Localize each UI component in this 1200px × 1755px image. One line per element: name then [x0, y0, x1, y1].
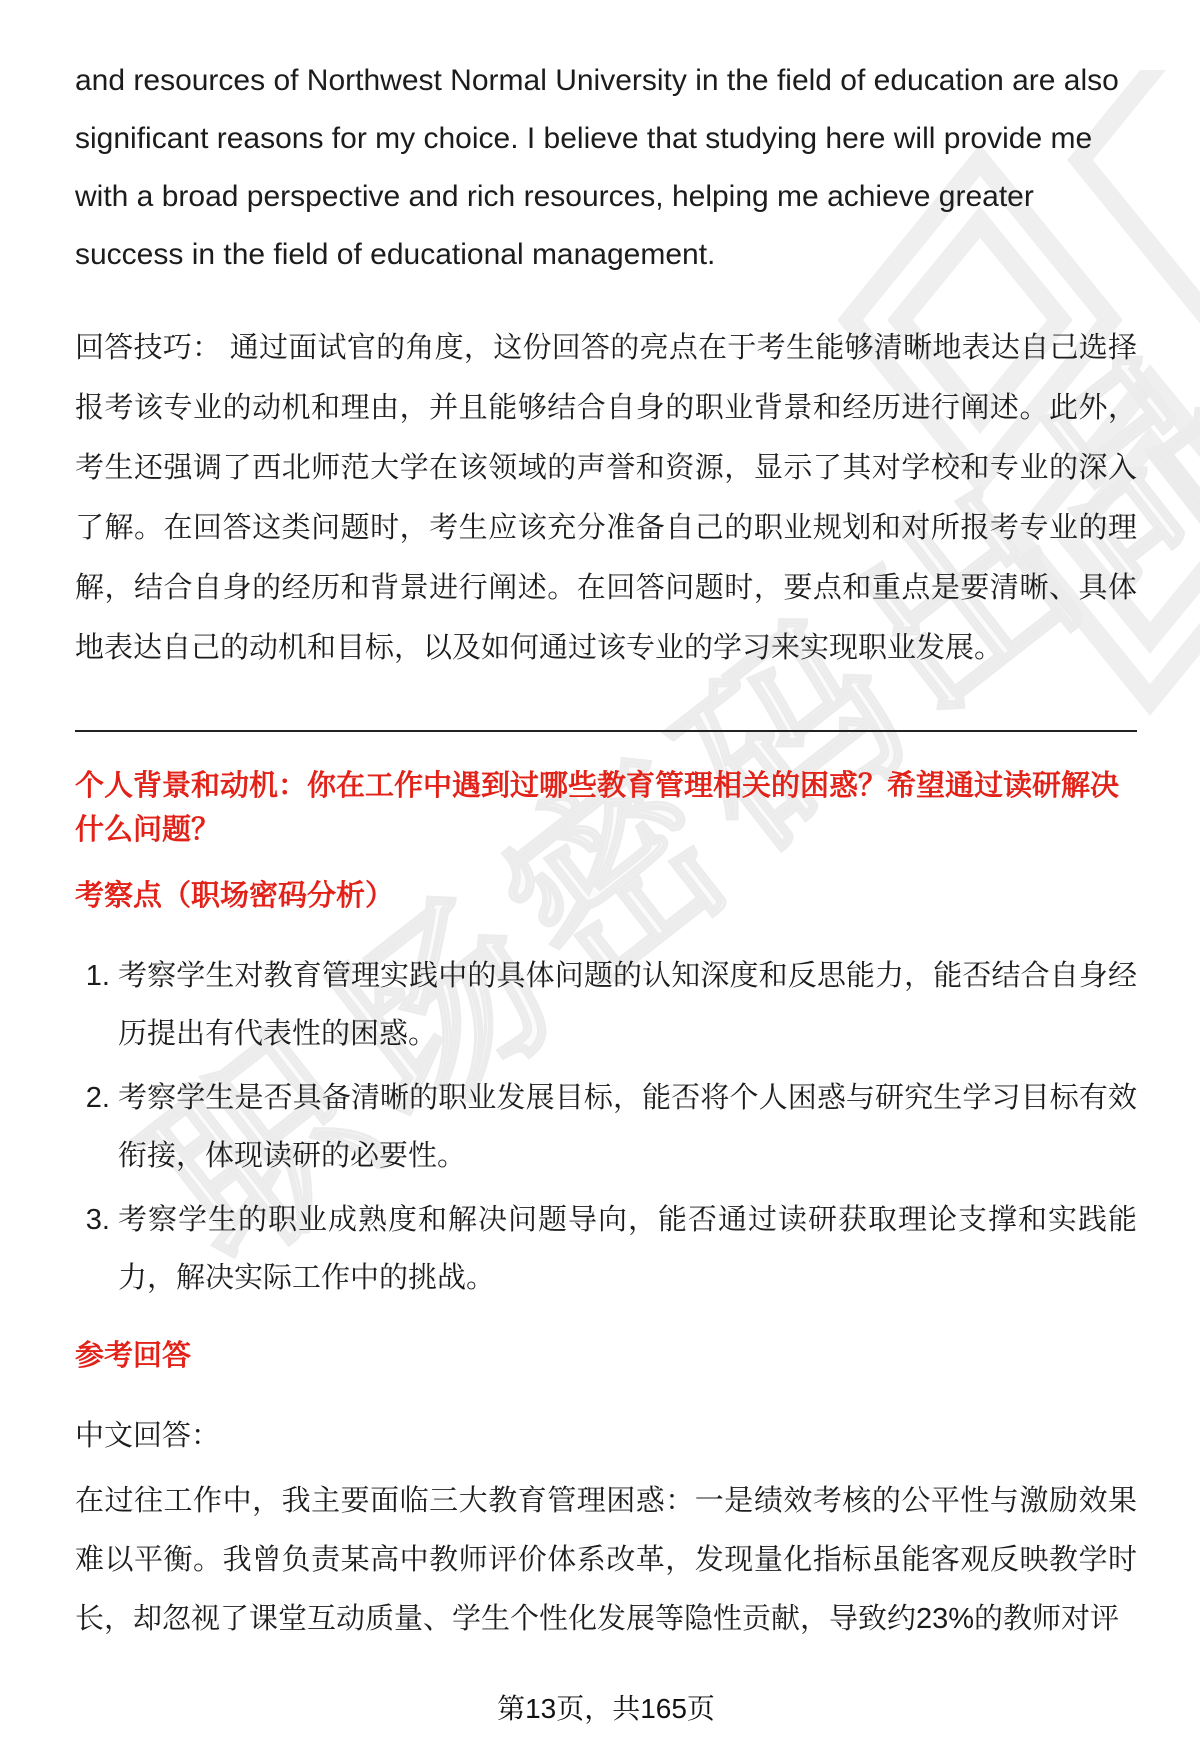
- page-content: and resources of Northwest Normal Univer…: [0, 0, 1200, 1724]
- section-divider: [75, 730, 1137, 732]
- answer-tips-paragraph: 回答技巧： 通过面试官的角度，这份回答的亮点在于考生能够清晰地表达自己选择报考该…: [75, 318, 1137, 678]
- page-number-footer: 第13页，共165页: [75, 1694, 1137, 1724]
- english-continuation-paragraph: and resources of Northwest Normal Univer…: [75, 52, 1137, 284]
- exam-points-heading: 考察点（职场密码分析）: [75, 874, 1137, 918]
- chinese-answer-paragraph: 在过往工作中，我主要面临三大教育管理困惑：一是绩效考核的公平性与激励效果难以平衡…: [75, 1472, 1137, 1649]
- exam-point-item: 考察学生是否具备清晰的职业发展目标，能否将个人困惑与研究生学习目标有效衔接，体现…: [118, 1069, 1137, 1185]
- reference-answer-heading: 参考回答: [75, 1334, 1137, 1378]
- exam-points-list: 考察学生对教育管理实践中的具体问题的认知深度和反思能力，能否结合自身经历提出有代…: [75, 947, 1137, 1307]
- exam-point-item: 考察学生对教育管理实践中的具体问题的认知深度和反思能力，能否结合自身经历提出有代…: [118, 947, 1137, 1063]
- chinese-answer-label: 中文回答：: [75, 1407, 1137, 1465]
- question-heading: 个人背景和动机：你在工作中遇到过哪些教育管理相关的困惑？希望通过读研解决什么问题…: [75, 764, 1137, 852]
- document-page: 职场密码出品 and resources of Northwest Normal…: [0, 0, 1200, 1755]
- exam-point-item: 考察学生的职业成熟度和解决问题导向，能否通过读研获取理论支撑和实践能力，解决实际…: [118, 1191, 1137, 1307]
